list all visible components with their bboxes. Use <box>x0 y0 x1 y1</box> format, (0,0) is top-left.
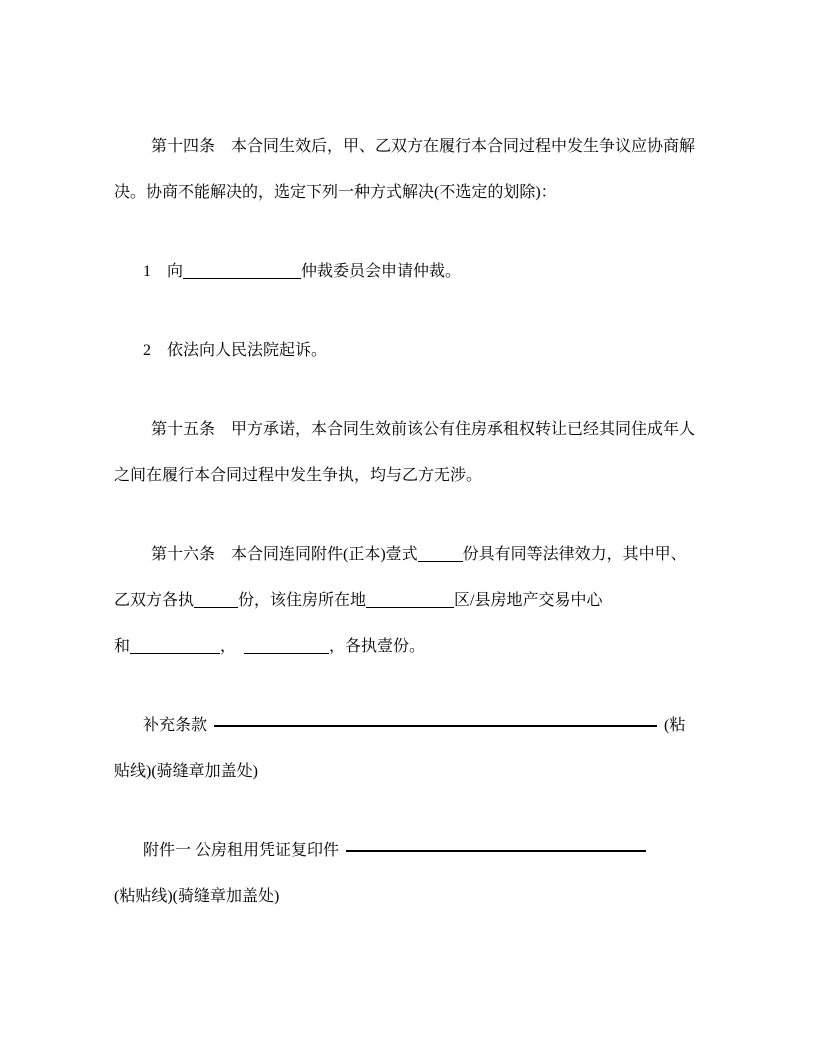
clause-16-line-3: 和，，各执壹份。 <box>114 624 696 670</box>
clause-14-line-1: 第十四条 本合同生效后，甲、乙双方在履行本合同过程中发生争议应协商解 <box>114 124 696 170</box>
clause-14: 第十四条 本合同生效后，甲、乙双方在履行本合同过程中发生争议应协商解 决。协商不… <box>114 124 696 216</box>
blank-org-1[interactable] <box>130 636 220 654</box>
attachment-1: 附件一 公房租用凭证复印件 (粘贴线)(骑缝章加盖处) <box>114 828 696 920</box>
supplementary-clauses: 补充条款(粘 贴线)(骑缝章加盖处) <box>114 703 696 795</box>
clause-15-line-2: 之间在履行本合同过程中发生争执，均与乙方无涉。 <box>114 453 696 499</box>
paste-line-rule <box>214 725 657 727</box>
clause-16-line-3-seg1: 和 <box>114 638 130 655</box>
dispute-option-2: 2 依法向人民法院起诉。 <box>114 328 696 374</box>
clause-16-line-2-seg3: 区/县房地产交易中心 <box>454 592 602 609</box>
dispute-option-2-line: 2 依法向人民法院起诉。 <box>114 328 696 374</box>
dispute-option-1-line: 1 向仲裁委员会申请仲裁。 <box>114 249 696 295</box>
clause-16-line-1: 第十六条 本合同连同附件(正本)壹式份具有同等法律效力，其中甲、 <box>114 532 696 578</box>
supplementary-clauses-suffix: (粘 <box>664 717 685 734</box>
blank-copies-each-party[interactable] <box>194 590 238 608</box>
clause-16-line-3-seg2: ， <box>220 638 236 655</box>
clause-14-line-2: 决。协商不能解决的，选定下列一种方式解决(不选定的划除)： <box>114 170 696 216</box>
attachment-1-label: 附件一 公房租用凭证复印件 <box>143 842 339 859</box>
contract-document-page: 第十四条 本合同生效后，甲、乙双方在履行本合同过程中发生争议应协商解 决。协商不… <box>0 0 816 1056</box>
attachment-paste-rule <box>346 850 646 852</box>
clause-16-line-3-seg3: ，各执壹份。 <box>329 638 425 655</box>
blank-district-name[interactable] <box>366 590 454 608</box>
clause-16-line-2-seg2: 份，该住房所在地 <box>238 592 366 609</box>
supplementary-clauses-line-2: 贴线)(骑缝章加盖处) <box>114 749 696 795</box>
blank-copies-total[interactable] <box>418 544 463 562</box>
option-1-suffix: 仲裁委员会申请仲裁。 <box>301 263 461 280</box>
blank-arbitration-committee[interactable] <box>183 261 301 279</box>
clause-15-line-1: 第十五条 甲方承诺，本合同生效前该公有住房承租权转让已经其同住成年人 <box>114 407 696 453</box>
clause-16-line-1-prefix: 第十六条 本合同连同附件(正本)壹式 <box>151 546 418 563</box>
clause-15: 第十五条 甲方承诺，本合同生效前该公有住房承租权转让已经其同住成年人 之间在履行… <box>114 407 696 499</box>
dispute-option-1: 1 向仲裁委员会申请仲裁。 <box>114 249 696 295</box>
attachment-1-line-2: (粘贴线)(骑缝章加盖处) <box>114 874 696 920</box>
clause-16-line-1-suffix: 份具有同等法律效力，其中甲、 <box>463 546 687 563</box>
attachment-1-line-1: 附件一 公房租用凭证复印件 <box>114 828 696 874</box>
option-1-prefix: 1 向 <box>143 263 183 280</box>
clause-16-line-2: 乙双方各执份，该住房所在地区/县房地产交易中心 <box>114 578 696 624</box>
blank-org-2[interactable] <box>244 636 329 654</box>
supplementary-clauses-label: 补充条款 <box>143 717 207 734</box>
clause-16-line-2-seg1: 乙双方各执 <box>114 592 194 609</box>
clause-16: 第十六条 本合同连同附件(正本)壹式份具有同等法律效力，其中甲、 乙双方各执份，… <box>114 532 696 670</box>
supplementary-clauses-line-1: 补充条款(粘 <box>114 703 696 749</box>
